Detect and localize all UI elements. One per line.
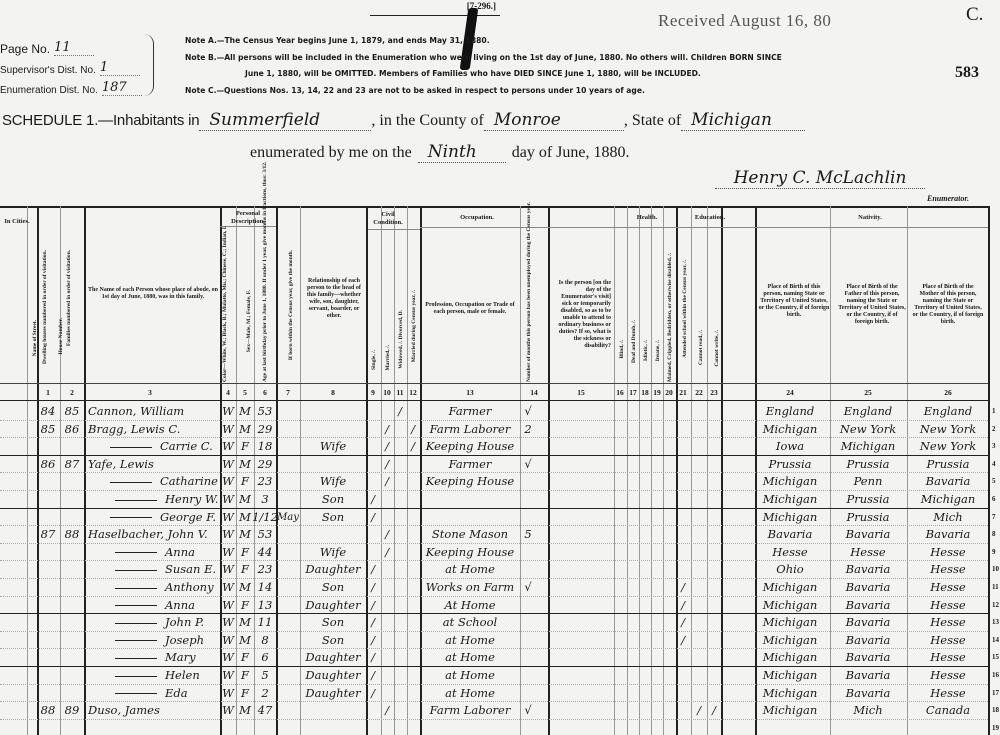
sex-code: F (241, 561, 249, 579)
note-b-continued: June 1, 1880, will be OMITTED. Members o… (185, 66, 955, 83)
relationship: Wife (320, 544, 346, 562)
person-name: Susan E. (115, 561, 216, 579)
header-c17: Deaf and Dumb, /. (631, 320, 637, 363)
father-birthplace: Bavaria (846, 597, 891, 615)
schedule-prefix: SCHEDULE 1.—Inhabitants in (2, 112, 199, 129)
age: 18 (258, 438, 273, 456)
relationship: Wife (320, 473, 346, 491)
age: 11 (258, 614, 273, 632)
color-code: W (222, 438, 234, 456)
person-name: Anna (115, 544, 195, 562)
sex-code: M (239, 579, 251, 597)
mother-birthplace: Hesse (930, 667, 965, 685)
relationship: Son (322, 509, 344, 527)
column-number: 9 (371, 388, 375, 397)
mother-birthplace: New York (920, 438, 976, 456)
header-c20: Maimed, Crippled, Bedridden, or otherwis… (667, 232, 673, 382)
column-number: 25 (864, 388, 872, 397)
table-row: 8586Bragg, Lewis C.WM29//Farm Laborer2Mi… (0, 421, 988, 439)
single-mark: / (371, 667, 375, 685)
line-number: 1 (992, 403, 996, 421)
table-row: 8788Haselbacher, John V.WM53/Stone Mason… (0, 526, 988, 544)
sex-code: M (239, 403, 251, 421)
birthplace: Michigan (763, 614, 818, 632)
birthplace: Michigan (763, 473, 818, 491)
color-code: W (222, 685, 234, 703)
color-code: W (222, 561, 234, 579)
sex-code: F (241, 544, 249, 562)
header-c24: Place of Birth of this person, naming St… (758, 284, 830, 319)
dwelling-number: 87 (41, 526, 56, 544)
header-c13: Profession, Occupation or Trade of each … (425, 302, 515, 316)
column-number: 12 (409, 388, 417, 397)
relationship: Daughter (305, 597, 360, 615)
relationship: Son (322, 614, 344, 632)
age: 29 (258, 456, 273, 474)
mother-birthplace: Canada (926, 702, 970, 720)
column-number: 11 (396, 388, 403, 397)
header-c9: Single, /. (371, 350, 377, 370)
mother-birthplace: Michigan (921, 491, 976, 509)
column-number: 14 (530, 388, 538, 397)
color-code: W (222, 614, 234, 632)
occupation: Farm Laborer (430, 702, 511, 720)
color-code: W (222, 509, 234, 527)
father-birthplace: Bavaria (846, 632, 891, 650)
notes-block: Note A.—The Census Year begins June 1, 1… (185, 33, 955, 99)
line-number: 10 (992, 561, 999, 579)
column-number: 13 (466, 388, 474, 397)
father-birthplace: Bavaria (846, 667, 891, 685)
supervisor-value: 1 (100, 60, 140, 76)
header-c18: Idiotic, /. (643, 340, 649, 361)
line-number: 12 (992, 597, 999, 615)
married-mark: / (385, 456, 389, 474)
table-row: AnthonyWM14Son/Works on Farm√/MichiganBa… (0, 579, 988, 597)
person-name: Anna (115, 597, 195, 615)
line-number: 13 (992, 614, 999, 632)
line-number: 9 (992, 544, 996, 562)
birthplace: Michigan (763, 685, 818, 703)
age: 23 (258, 561, 273, 579)
occupation: Farm Laborer (430, 421, 511, 439)
mother-birthplace: Bavaria (926, 473, 971, 491)
months-unemployed: √ (524, 403, 531, 421)
father-birthplace: Bavaria (846, 649, 891, 667)
age: 5 (261, 667, 268, 685)
relationship: Daughter (305, 561, 360, 579)
mother-birthplace: Prussia (927, 456, 970, 474)
color-code: W (222, 649, 234, 667)
column-number: 3 (148, 388, 152, 397)
line-number: 17 (992, 685, 999, 703)
family-number: 87 (65, 456, 80, 474)
supervisor-label: Supervisor's Dist. No. (0, 65, 96, 76)
color-code: W (222, 403, 234, 421)
occupation: Works on Farm (426, 579, 514, 597)
column-number: 8 (331, 388, 335, 397)
birthplace: Ohio (776, 561, 803, 579)
sex-code: M (239, 702, 251, 720)
father-birthplace: Bavaria (846, 579, 891, 597)
birthplace: Michigan (763, 421, 818, 439)
married-mark: / (385, 473, 389, 491)
sheet-number: 583 (955, 64, 979, 82)
months-unemployed: √ (524, 456, 531, 474)
father-birthplace: Bavaria (846, 614, 891, 632)
sex-code: F (241, 685, 249, 703)
relationship: Daughter (305, 667, 360, 685)
occupation: Keeping House (426, 544, 514, 562)
state-label: , State of (624, 112, 681, 130)
age: 53 (258, 526, 273, 544)
column-number: 1 (46, 388, 50, 397)
birthplace: Michigan (763, 579, 818, 597)
header-c1: Dwelling houses numbered in order of vis… (42, 250, 48, 364)
mother-birthplace: Hesse (930, 614, 965, 632)
sex-code: F (241, 597, 249, 615)
attended-school-mark: / (681, 614, 685, 632)
sex-code: F (241, 649, 249, 667)
married-mark: / (385, 702, 389, 720)
occupation: at Home (445, 685, 495, 703)
occupation: at Home (445, 561, 495, 579)
column-number: 19 (653, 388, 661, 397)
birthplace: Michigan (763, 509, 818, 527)
occupation: at Home (445, 667, 495, 685)
birthplace: Bavaria (768, 526, 813, 544)
birthplace: Michigan (763, 632, 818, 650)
mother-birthplace: Bavaria (926, 526, 971, 544)
relationship: Daughter (305, 649, 360, 667)
color-code: W (222, 456, 234, 474)
form-code-mark: [7-296.] (370, 0, 500, 16)
header-c5: Sex—Male, M.; Female, F. (246, 290, 252, 352)
header-c26: Place of Birth of the Mother of this per… (912, 284, 984, 326)
line-number: 18 (992, 702, 999, 720)
color-code: W (222, 421, 234, 439)
header-c7: If born within the Census year, give the… (288, 250, 294, 360)
occupation: At Home (444, 597, 495, 615)
sex-code: M (239, 491, 251, 509)
occupation: at School (443, 614, 497, 632)
months-unemployed: 2 (524, 421, 531, 439)
mother-birthplace: Hesse (930, 597, 965, 615)
color-code: W (222, 667, 234, 685)
person-name: Eda (115, 685, 188, 703)
header-c14: Number of months this person has been un… (526, 232, 532, 382)
table-row: Henry W.WM3Son/MichiganPrussiaMichigan6 (0, 491, 988, 509)
relationship: Son (322, 491, 344, 509)
table-row: John P.WM11Son/at School/MichiganBavaria… (0, 614, 988, 632)
family-number: 86 (65, 421, 80, 439)
column-number: 15 (577, 388, 585, 397)
line-number: 7 (992, 509, 996, 527)
header-c12: Married during Census year, /. (411, 290, 417, 362)
birthplace: Michigan (763, 649, 818, 667)
father-birthplace: Bavaria (846, 526, 891, 544)
district-info: Page No.11 Supervisor's Dist. No.1 Enume… (0, 36, 150, 96)
sex-code: M (239, 614, 251, 632)
sex-code: M (239, 456, 251, 474)
married-mark: / (385, 421, 389, 439)
enum-suffix: day of June, 1880. (512, 144, 630, 162)
mother-birthplace: Hesse (930, 649, 965, 667)
table-row: MaryWF6Daughter/at HomeMichiganBavariaHe… (0, 649, 988, 667)
column-number: 17 (629, 388, 637, 397)
table-row: Susan E.WF23Daughter/at HomeOhioBavariaH… (0, 561, 988, 579)
line-number: 14 (992, 632, 999, 650)
table-row: EdaWF2Daughter/at HomeMichiganBavariaHes… (0, 685, 988, 703)
birthplace: Prussia (769, 456, 812, 474)
mother-birthplace: Hesse (930, 579, 965, 597)
age: 6 (261, 649, 268, 667)
occupation: Farmer (449, 456, 492, 474)
header-house: House Number. (58, 318, 64, 354)
county-field: Monroe (484, 110, 624, 131)
received-stamp: Received August 16, 80 (658, 11, 831, 31)
married-year-mark: / (411, 438, 415, 456)
schedule-title: SCHEDULE 1.—Inhabitants in Summerfield ,… (2, 110, 997, 131)
mother-birthplace: Hesse (930, 561, 965, 579)
table-row: George F.WM1/12MaySon/MichiganPrussiaMic… (0, 509, 988, 527)
line-number: 19 (992, 720, 999, 735)
occupation-nativity-subrule (420, 227, 988, 228)
birthplace: Michigan (763, 597, 818, 615)
header-c6: Age at last birthday prior to June 1, 18… (262, 232, 268, 382)
family-number: 85 (65, 403, 80, 421)
line-number: 11 (992, 579, 999, 597)
column-number: 4 (226, 388, 230, 397)
married-mark: / (385, 438, 389, 456)
group-civil: Civil Condition. (368, 211, 408, 227)
person-name: Haselbacher, John V. (88, 526, 208, 544)
page-no-label: Page No. (0, 42, 50, 56)
page-no-row: Page No.11 (0, 36, 150, 56)
sex-code: M (239, 421, 251, 439)
column-number: 20 (665, 388, 673, 397)
person-name: Bragg, Lewis C. (88, 421, 180, 439)
color-code: W (222, 702, 234, 720)
column-number: 23 (710, 388, 718, 397)
attended-school-mark: / (681, 579, 685, 597)
header-c11: Widowed, /. Divorced, D. (398, 310, 404, 369)
column-number: 6 (263, 388, 267, 397)
column-number: 21 (679, 388, 687, 397)
line-number: 4 (992, 456, 996, 474)
color-code: W (222, 491, 234, 509)
table-row: 8485Cannon, WilliamWM53/Farmer√EnglandEn… (0, 403, 988, 421)
header-c2: Families numbered in order of visitation… (66, 250, 72, 346)
mother-birthplace: New York (920, 421, 976, 439)
person-name: Yafe, Lewis (88, 456, 154, 474)
relationship: Son (322, 579, 344, 597)
occupation: Stone Mason (432, 526, 508, 544)
table-row: AnnaWF13Daughter/At Home/MichiganBavaria… (0, 597, 988, 615)
single-mark: / (371, 614, 375, 632)
line-number: 15 (992, 649, 999, 667)
occupation: at Home (445, 649, 495, 667)
person-name: Helen (115, 667, 200, 685)
brace-bracket (142, 34, 154, 96)
age: 44 (258, 544, 273, 562)
column-number: 24 (786, 388, 794, 397)
dwelling-number: 84 (41, 403, 56, 421)
column-number: 5 (243, 388, 247, 397)
married-mark: / (385, 544, 389, 562)
sex-code: F (241, 667, 249, 685)
page-no-value: 11 (54, 40, 94, 56)
age: 23 (258, 473, 273, 491)
single-mark: / (371, 649, 375, 667)
single-mark: / (371, 509, 375, 527)
age: 29 (258, 421, 273, 439)
birthplace: Michigan (763, 667, 818, 685)
column-number: 16 (616, 388, 624, 397)
line-number: 16 (992, 667, 999, 685)
father-birthplace: Hesse (850, 544, 885, 562)
mother-birthplace: Mich (933, 509, 962, 527)
father-birthplace: Mich (853, 702, 882, 720)
table-row: HelenWF5Daughter/at HomeMichiganBavariaH… (0, 667, 988, 685)
person-name: Henry W. (115, 491, 218, 509)
occupation: Keeping House (426, 473, 514, 491)
sex-code: M (239, 526, 251, 544)
header-c22: Cannot read, /. (698, 330, 704, 365)
color-code: W (222, 526, 234, 544)
supervisor-row: Supervisor's Dist. No.1 (0, 56, 150, 76)
family-number: 89 (65, 702, 80, 720)
header-c15: Is the person [on the day of the Enumera… (551, 280, 611, 350)
color-code: W (222, 632, 234, 650)
column-number-row: 1234567891011121314151617181920212223242… (0, 383, 988, 401)
table-row: Carrie C.WF18Wife//Keeping HouseIowaMich… (0, 438, 988, 456)
column-rule (988, 206, 990, 735)
person-name: Cannon, William (88, 403, 184, 421)
header-c25: Place of Birth of the Father of this per… (838, 284, 906, 326)
line-number: 6 (992, 491, 996, 509)
father-birthplace: Bavaria (846, 685, 891, 703)
header-c4: Color—White, W.; Black, B.; Mulatto, Mu.… (222, 232, 228, 382)
age: 8 (261, 632, 268, 650)
cannot-write-mark: / (712, 702, 716, 720)
birthplace: Michigan (763, 491, 818, 509)
single-mark: / (371, 632, 375, 650)
sex-code: M (239, 632, 251, 650)
column-number: 26 (944, 388, 952, 397)
months-unemployed: √ (524, 702, 531, 720)
table-row: 8889Duso, JamesWM47/Farm Laborer√//Michi… (0, 702, 988, 720)
person-name: Joseph (115, 632, 204, 650)
sex-code: M (239, 509, 251, 527)
age: 47 (258, 702, 273, 720)
header-c10: Married, /. (385, 345, 391, 371)
single-mark: / (371, 491, 375, 509)
single-mark: / (371, 561, 375, 579)
header-c23: Cannot write, /. (714, 330, 720, 367)
header-c19: Insane, /. (655, 340, 661, 361)
sex-code: F (241, 438, 249, 456)
father-birthplace: Penn (854, 473, 883, 491)
column-number: 18 (641, 388, 649, 397)
single-mark: / (371, 597, 375, 615)
color-code: W (222, 597, 234, 615)
enumeration-date-line: enumerated by me on the Ninth day of Jun… (250, 142, 629, 163)
father-birthplace: Prussia (847, 456, 890, 474)
line-number: 3 (992, 438, 996, 456)
header-street: Name of Street. (32, 320, 38, 356)
age: 1/12 (252, 509, 278, 527)
father-birthplace: Prussia (847, 509, 890, 527)
age: 53 (258, 403, 273, 421)
person-name: Mary (115, 649, 196, 667)
age: 3 (261, 491, 268, 509)
dwelling-number: 85 (41, 421, 56, 439)
column-number: 10 (383, 388, 391, 397)
day-field: Ninth (418, 142, 506, 163)
color-code: W (222, 544, 234, 562)
dwelling-number: 86 (41, 456, 56, 474)
single-mark: / (371, 579, 375, 597)
birthplace: Hesse (772, 544, 807, 562)
table-row: JosephWM8Son/at Home/MichiganBavariaHess… (0, 632, 988, 650)
enum-prefix: enumerated by me on the (250, 144, 412, 162)
married-mark: / (385, 526, 389, 544)
relationship: Daughter (305, 685, 360, 703)
occupation: Keeping House (426, 438, 514, 456)
column-number: 22 (695, 388, 703, 397)
line-number: 8 (992, 526, 996, 544)
single-mark: / (371, 685, 375, 703)
mother-birthplace: Hesse (930, 544, 965, 562)
relationship: Wife (320, 438, 346, 456)
mother-birthplace: England (924, 403, 972, 421)
header-c21: Attended school within the Census year, … (682, 260, 688, 358)
married-year-mark: / (411, 421, 415, 439)
group-nativity: Nativity. (755, 214, 985, 222)
sex-code: F (241, 473, 249, 491)
father-birthplace: Prussia (847, 491, 890, 509)
age: 2 (261, 685, 268, 703)
cannot-read-mark: / (697, 702, 701, 720)
person-name: John P. (115, 614, 204, 632)
occupation: Farmer (449, 403, 492, 421)
place-field: Summerfield (199, 110, 371, 131)
attended-school-mark: / (681, 597, 685, 615)
group-in-cities: In Cities. (2, 218, 32, 226)
table-row: 8687Yafe, LewisWM29/Farmer√PrussiaPrussi… (0, 456, 988, 474)
enumerator-signature: Henry C. McLachlin (715, 168, 925, 189)
person-name: George F. (110, 509, 216, 527)
mother-birthplace: Hesse (930, 632, 965, 650)
color-code: W (222, 579, 234, 597)
line-number: 5 (992, 473, 996, 491)
header-c3: The Name of each Person whose place of a… (88, 287, 218, 301)
note-c: Note C.—Questions Nos. 13, 14, 22 and 23… (185, 83, 955, 100)
state-field: Michigan (681, 110, 805, 131)
note-a: Note A.—The Census Year begins June 1, 1… (185, 33, 955, 50)
family-number: 88 (65, 526, 80, 544)
age: 13 (258, 597, 273, 615)
birthplace: Michigan (763, 702, 818, 720)
father-birthplace: New York (840, 421, 896, 439)
county-label: , in the County of (371, 112, 483, 130)
attended-school-mark: / (681, 632, 685, 650)
mother-birthplace: Hesse (930, 685, 965, 703)
birthplace: England (766, 403, 814, 421)
civil-subrule (368, 229, 420, 230)
line-number: 2 (992, 421, 996, 439)
